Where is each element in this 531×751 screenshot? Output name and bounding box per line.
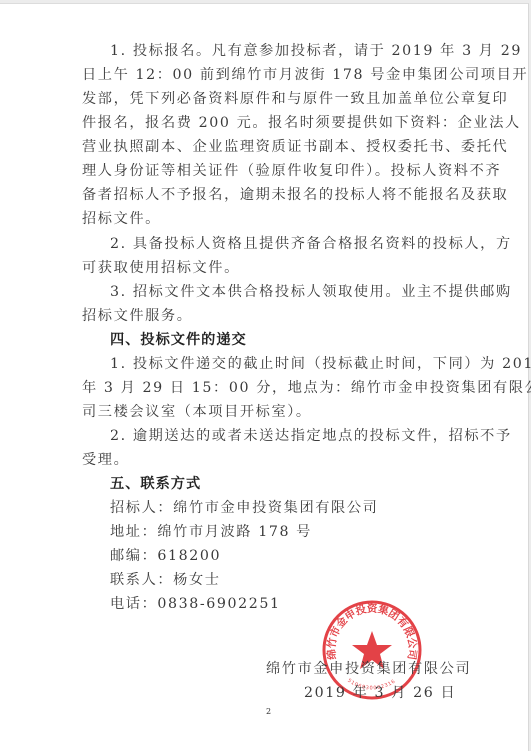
para-2-line-1: 2. 具备投标人资格且提供齐备合格报名资料的投标人，方 [110, 235, 512, 253]
address-line: 地址：绵竹市月波路 178 号 [110, 523, 312, 541]
para-1-line-5: 营业执照副本、企业监理资质证书副本、授权委托书、委托代 [82, 138, 508, 156]
para-2-line-2: 可获取使用招标文件。 [82, 259, 240, 277]
para-1-line-6: 理人身份证等相关证件（验原件收复印件）。投标人资料不齐 [82, 162, 501, 180]
section-4-line-5: 受理。 [82, 451, 129, 469]
para-3-line-1: 3. 招标文件文本供合格投标人领取使用。业主不提供邮购 [110, 283, 512, 301]
contact-line: 联系人：杨女士 [110, 571, 221, 589]
para-1-line-3: 发部，凭下列必备资料原件和与原件一致且加盖单位公章复印 [82, 90, 508, 108]
tenderer-line: 招标人：绵竹市金申投资集团有限公司 [110, 499, 378, 517]
para-1-line-7: 备者招标人不予报名，逾期未报名的投标人将不能报名及获取 [82, 186, 508, 204]
section-4-heading: 四、投标文件的递交 [110, 331, 247, 349]
postcode-line: 邮编：618200 [110, 547, 221, 565]
section-4-line-3: 司三楼会议室（本项目开标室）。 [82, 403, 312, 421]
page-number: 2 [266, 707, 271, 716]
para-1-line-8: 招标文件。 [82, 210, 161, 228]
document-page: 1. 投标报名。凡有意参加投标者，请于 2019 年 3 月 29 日上午 12… [0, 3, 529, 751]
section-5-heading: 五、联系方式 [110, 475, 201, 493]
section-4-line-4: 2. 逾期送达的或者未送达指定地点的投标文件，招标不予 [110, 427, 512, 445]
para-1-line-1: 1. 投标报名。凡有意参加投标者，请于 2019 年 3 月 29 [110, 42, 522, 60]
signature-date: 2019 年 3 月 26 日 [304, 682, 456, 702]
para-3-line-2: 招标文件服务。 [82, 307, 193, 325]
para-1-line-2: 日上午 12：00 前到绵竹市月波街 178 号金申集团公司项目开 [82, 66, 528, 84]
phone-line: 电话：0838-6902251 [110, 595, 281, 613]
para-1-line-4: 件报名，报名费 200 元。报名时须要提供如下资料：企业法人 [82, 114, 521, 132]
section-4-line-2: 年 3 月 29 日 15：00 分，地点为：绵竹市金申投资集团有限公 [82, 379, 531, 397]
signature-company: 绵竹市金申投资集团有限公司 [266, 658, 471, 678]
section-4-line-1: 1. 投标文件递交的截止时间（投标截止时间，下同）为 2019 [110, 355, 531, 373]
